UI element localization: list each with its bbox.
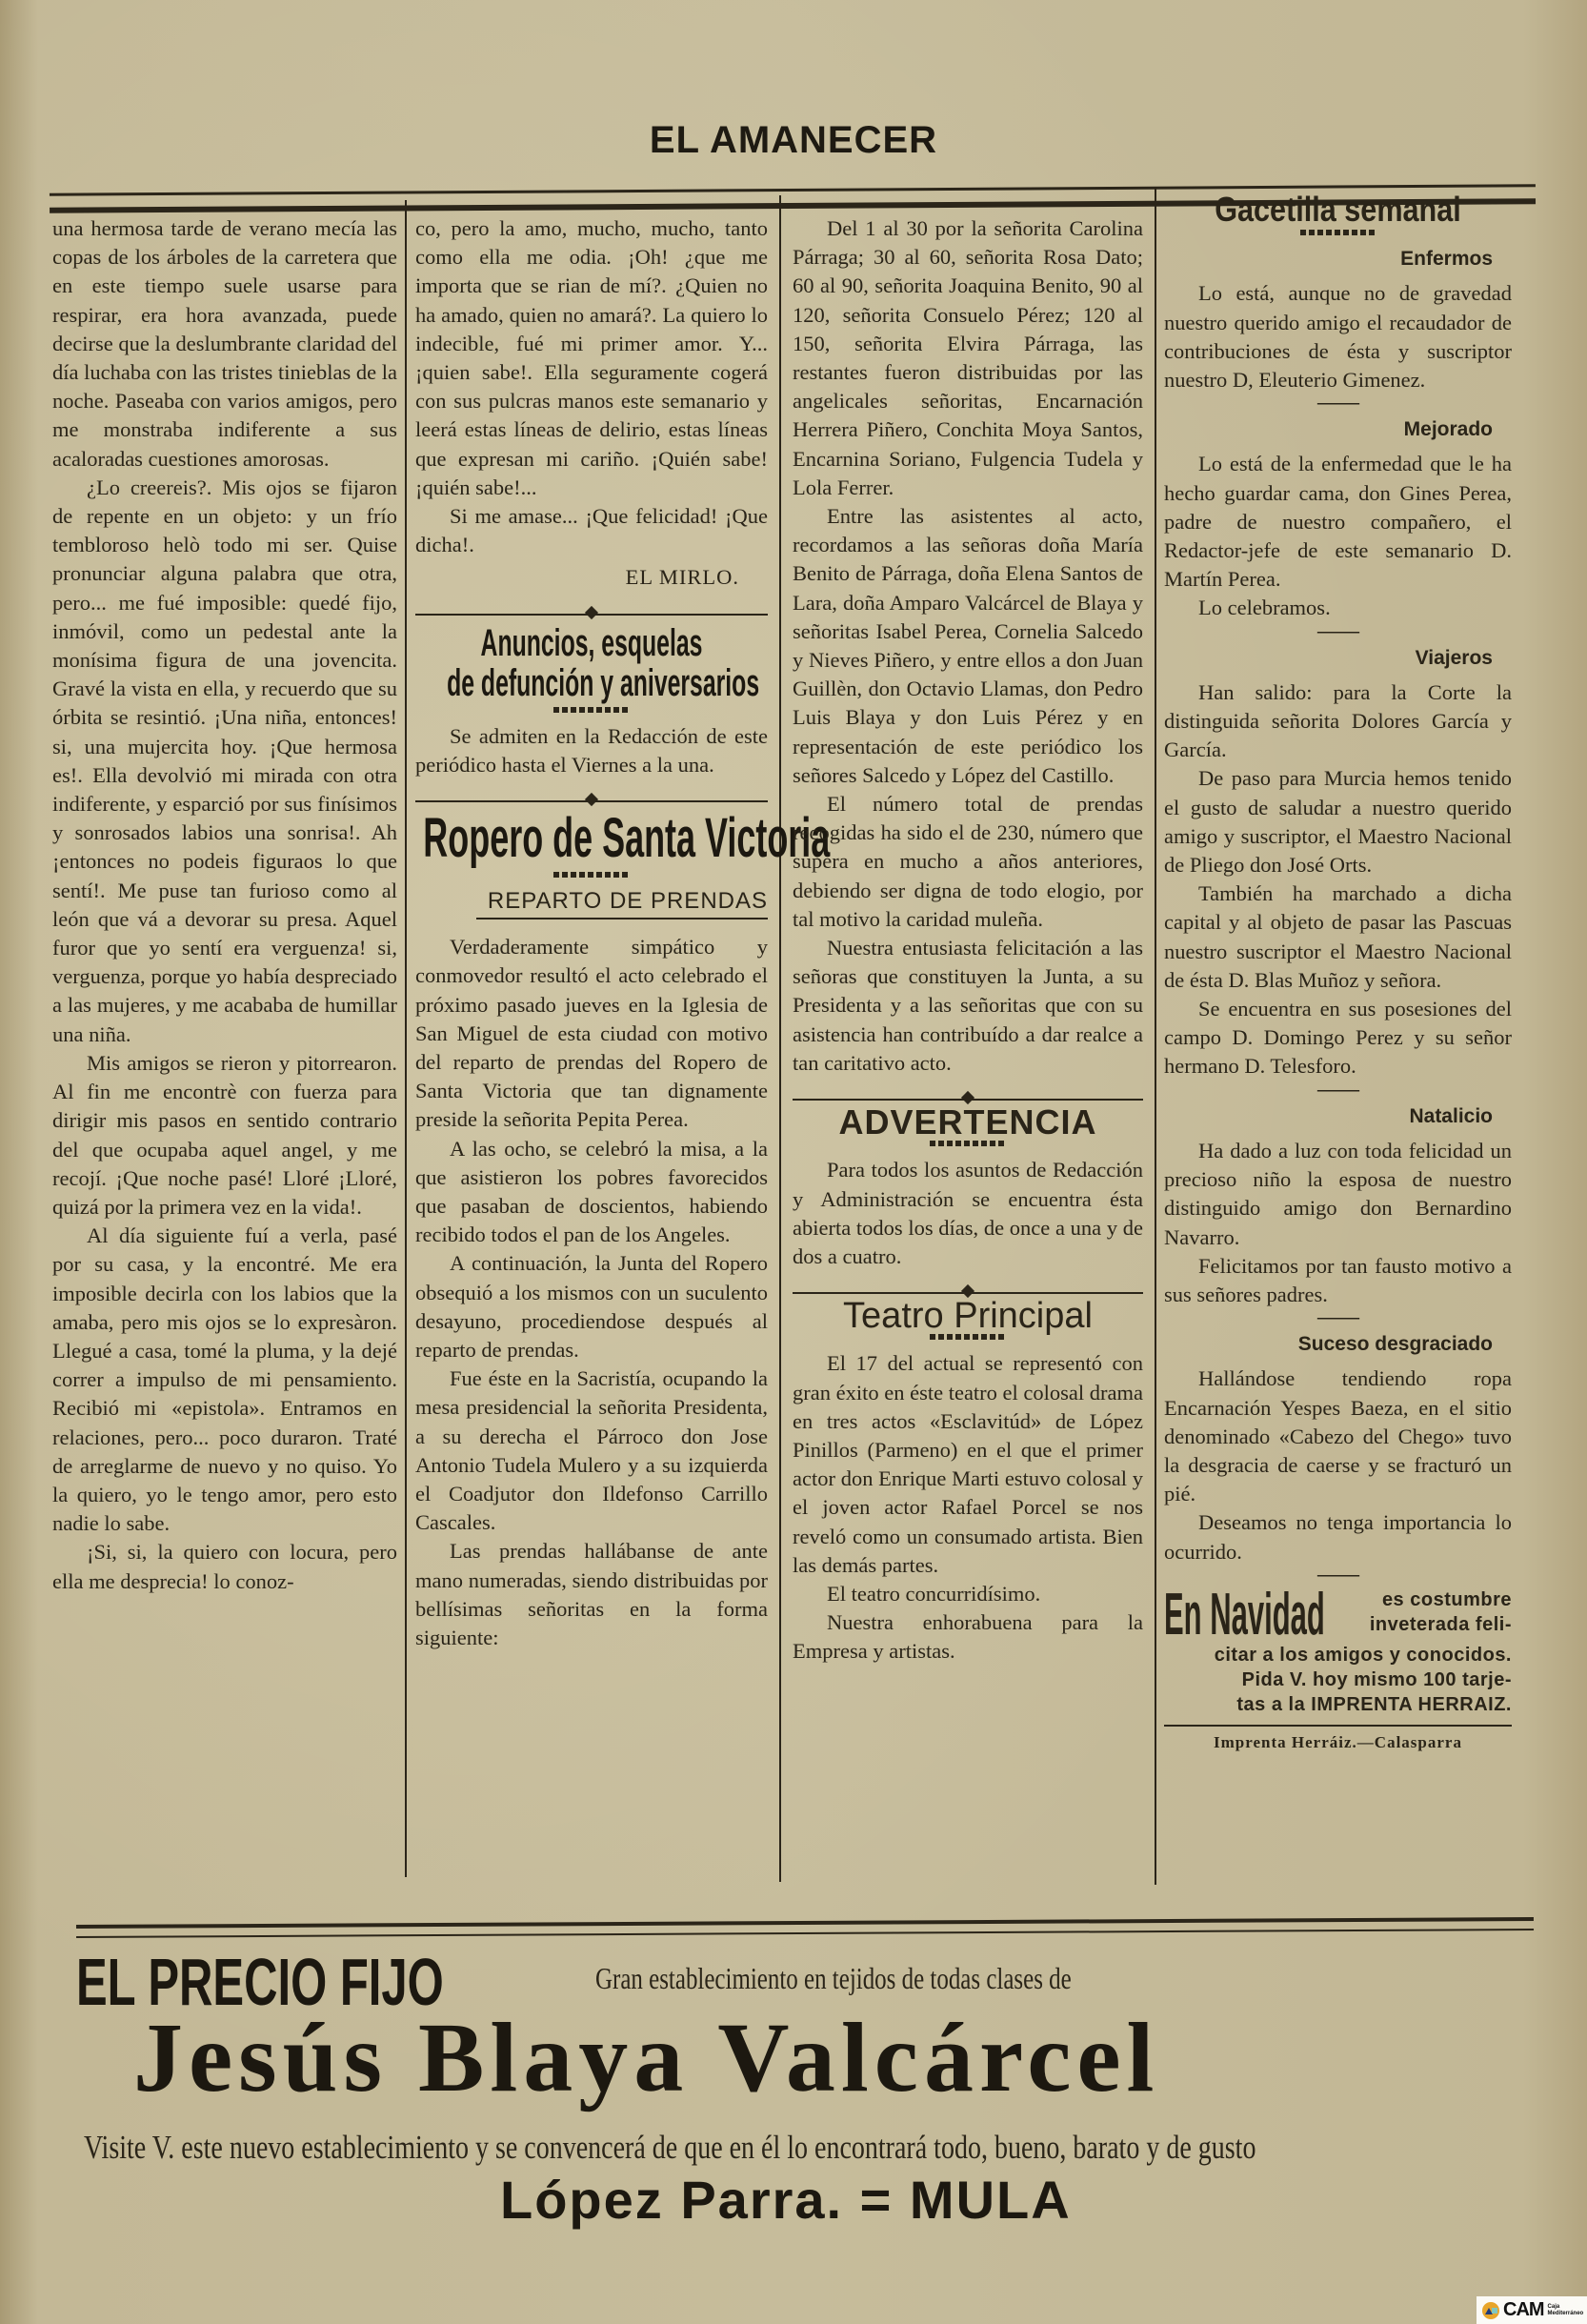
paragraph: Felicitamos por tan fausto motivo a sus … <box>1164 1252 1512 1309</box>
section-heading-viajeros: Viajeros <box>1164 644 1512 673</box>
paragraph: Verdaderamente simpático y conmovedor re… <box>415 933 768 1134</box>
column-divider <box>405 200 407 1877</box>
paragraph: Lo está, aunque no de gravedad nuestro q… <box>1164 279 1512 394</box>
paragraph: Hallándose tendiendo ropa Encarnación Ye… <box>1164 1364 1512 1508</box>
separator-dash: —— <box>1164 1081 1512 1097</box>
anuncios-heading-line2: de defunción y aniversarios <box>447 663 736 703</box>
section-heading-suceso: Suceso desgraciado <box>1164 1330 1512 1359</box>
ornament-dots <box>553 872 630 878</box>
printer-imprint: Imprenta Herráiz.—Calasparra <box>1164 1725 1512 1757</box>
paragraph: Al día siguiente fuí a verla, pasé por s… <box>52 1222 397 1538</box>
ornament-divider <box>415 791 768 802</box>
ornament-dots <box>1300 230 1376 235</box>
masthead-title: EL AMANECER <box>0 119 1587 162</box>
paragraph: También ha marchado a dicha capital y al… <box>1164 879 1512 995</box>
paragraph: Han salido: para la Corte la distinguida… <box>1164 678 1512 765</box>
advertencia-text: Para todos los asuntos de Redacción y Ad… <box>793 1156 1143 1271</box>
paragraph: Deseamos no tenga importancia lo ocurrid… <box>1164 1508 1512 1566</box>
paragraph: ¡Si, si, la quiero con locura, pero ella… <box>52 1538 397 1595</box>
column-4-gacetilla: Gacetilla semanal Enfermos Lo está, aunq… <box>1164 195 1512 1757</box>
logo-brand: CAM <box>1503 2299 1544 2321</box>
navidad-ad-line: Pida V. hoy mismo 100 tarje- <box>1164 1667 1512 1692</box>
paragraph: Se encuentra en sus posesiones del campo… <box>1164 995 1512 1081</box>
paragraph: Las prendas hallábanse de ante mano nume… <box>415 1537 768 1652</box>
column-1-story: una hermosa tarde de verano mecía las co… <box>52 214 397 1596</box>
newspaper-page: EL AMANECER una hermosa tarde de verano … <box>0 0 1587 2324</box>
column-2: co, pero la amo, mucho, mucho, tanto com… <box>415 214 768 1652</box>
paragraph: El teatro concurridísimo. <box>793 1580 1143 1608</box>
separator-dash: —— <box>1164 1566 1512 1582</box>
advertisement-rule <box>76 1917 1534 1938</box>
ornament-divider <box>415 604 768 616</box>
section-heading-enfermos: Enfermos <box>1164 245 1512 273</box>
column-3: Del 1 al 30 por la señorita Carolina Pár… <box>793 214 1143 1667</box>
separator-dash: —— <box>1164 623 1512 638</box>
ad-merchant-name: Jesús Blaya Valcárcel <box>133 2001 1159 2114</box>
paragraph: De paso para Murcia hemos tenido el gust… <box>1164 764 1512 879</box>
ornament-divider <box>793 1283 1143 1294</box>
paragraph: ¿Lo creereis?. Mis ojos se fijaron de re… <box>52 474 397 1049</box>
navidad-ad: En Navidad es costumbre inveterada feli-… <box>1164 1587 1512 1717</box>
author-signature: EL MIRLO. <box>415 563 768 592</box>
paragraph: El número total de prendas recogidas ha … <box>793 790 1143 934</box>
cam-watermark-logo: CAM Caja Mediterráneo <box>1477 2296 1587 2324</box>
paragraph: A las ocho, se celebró la misa, a la que… <box>415 1135 768 1250</box>
cam-logo-icon <box>1482 2302 1499 2319</box>
paragraph: El 17 del actual se representó con gran … <box>793 1349 1143 1580</box>
ad-tagline: Gran establecimiento en tejidos de todas… <box>595 1961 1072 1996</box>
paragraph: Del 1 al 30 por la señorita Carolina Pár… <box>793 214 1143 502</box>
paragraph: Ha dado a luz con toda felicidad un prec… <box>1164 1137 1512 1252</box>
separator-dash: —— <box>1164 394 1512 410</box>
paragraph: una hermosa tarde de verano mecía las co… <box>52 214 397 474</box>
paragraph: Lo está de la enfermedad que le ha hecho… <box>1164 450 1512 594</box>
anuncios-heading-line1: Anuncios, esquelas <box>447 623 736 663</box>
ornament-dots <box>553 707 630 713</box>
navidad-ad-line: tas a la IMPRENTA HERRAIZ. <box>1164 1692 1512 1717</box>
column-divider <box>1155 189 1156 1885</box>
paragraph: co, pero la amo, mucho, mucho, tanto com… <box>415 214 768 502</box>
gacetilla-heading: Gacetilla semanal <box>1174 195 1501 224</box>
paragraph: Nuestra enhorabuena para la Empresa y ar… <box>793 1608 1143 1666</box>
paragraph: Entre las asistentes al acto, recordamos… <box>793 502 1143 790</box>
separator-dash: —— <box>1164 1309 1512 1324</box>
ropero-subheading: REPARTO DE PRENDAS <box>476 887 768 919</box>
paragraph: Nuestra entusiasta felicitación a las se… <box>793 934 1143 1078</box>
paragraph: Si me amase... ¡Que felicidad! ¡Que dich… <box>415 502 768 559</box>
ornament-dots <box>930 1141 1006 1146</box>
ad-address: López Parra. = MULA <box>500 2169 1072 2231</box>
ad-visit-text: Visite V. este nuevo establecimiento y s… <box>84 2129 1256 2167</box>
advertencia-heading: ADVERTENCIA <box>793 1108 1143 1137</box>
ornament-divider <box>793 1089 1143 1101</box>
anuncios-text: Se admiten en la Redacción de este perió… <box>415 722 768 779</box>
section-heading-natalicio: Natalicio <box>1164 1102 1512 1131</box>
paragraph: Mis amigos se rieron y pitorrearon. Al f… <box>52 1049 397 1222</box>
section-heading-mejorado: Mejorado <box>1164 415 1512 444</box>
paragraph: Fue éste en la Sacristía, ocupando la me… <box>415 1364 768 1537</box>
column-divider <box>779 195 781 1882</box>
paragraph: A continuación, la Junta del Ropero obse… <box>415 1249 768 1364</box>
logo-subtitle: Caja Mediterráneo <box>1548 2304 1584 2317</box>
ropero-heading: Ropero de Santa Victoria <box>423 810 759 868</box>
teatro-heading: Teatro Principal <box>793 1302 1143 1330</box>
navidad-ad-headline: En Navidad <box>1164 1587 1221 1643</box>
